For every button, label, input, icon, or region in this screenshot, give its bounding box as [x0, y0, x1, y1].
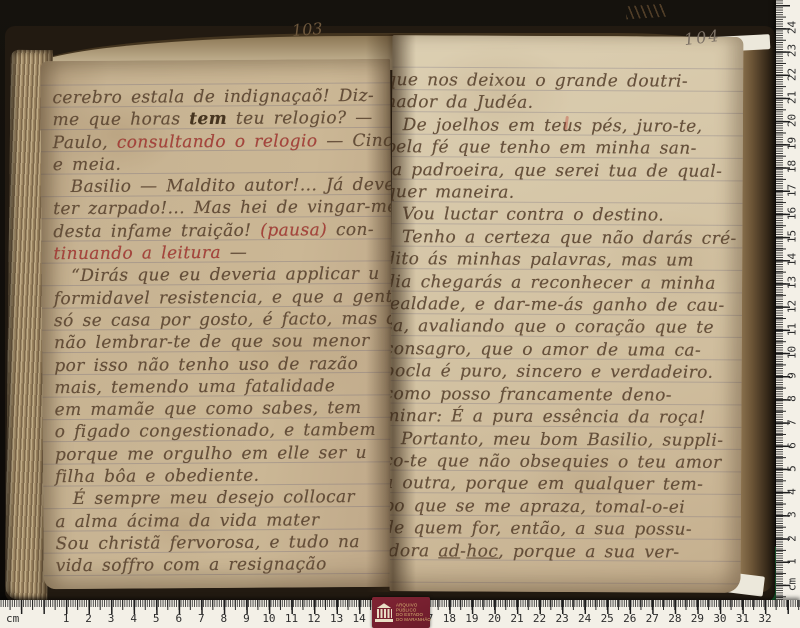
ruler-number: 14 — [786, 252, 799, 268]
manuscript-segment: tinuando a leitura — [53, 243, 221, 264]
manuscript-segment: ta padroeira, que serei tua de qual- — [390, 160, 723, 182]
ruler-number: 8 — [221, 612, 228, 625]
ruler-number: 9 — [243, 612, 250, 625]
ruler-number: 27 — [646, 612, 659, 625]
ruler-number: 4 — [130, 612, 137, 625]
ruler-number: 7 — [786, 414, 799, 430]
manuscript-line: consagro, que o amor de uma ca- — [390, 338, 744, 362]
manuscript-segment: Basilio — Maldito autor!... Já deve — [53, 175, 394, 197]
manuscript-line: co-te que não obsequies o teu amor — [390, 450, 744, 474]
manuscript-segment: me que horas — [53, 109, 190, 130]
manuscript-segment: — Cinco — [317, 130, 393, 151]
manuscript-segment: dito ás minhas palavras, mas um — [390, 249, 694, 271]
manuscript-segment: tem — [189, 109, 227, 129]
manuscript-segment: Portanto, meu bom Basilio, suppli- — [390, 429, 724, 451]
manuscript-segment: idora — [390, 541, 439, 561]
manuscript-segment: cerebro estala de indignaçaõ! Diz- — [52, 86, 374, 108]
manuscript-line: mais, temendo uma fatalidade — [54, 374, 393, 399]
manuscript-line: Sou christã fervorosa, e tudo na — [55, 531, 393, 556]
stamp-line: DO ESTADO — [396, 613, 431, 618]
manuscript-segment: formidavel resistencia, e que a gent — [54, 286, 393, 308]
manuscript-line: cerebro estala de indignaçaõ! Diz- — [52, 85, 393, 110]
ruler-number: 4 — [786, 484, 799, 500]
ruler-number: 20 — [786, 113, 799, 129]
ruler-number: 5 — [786, 461, 799, 477]
manuscript-segment: “Dirás que eu deveria applicar u — [54, 264, 380, 286]
manuscript-segment: teu relogio? — — [227, 108, 373, 129]
manuscript-line: Vou luctar contra o destino. — [390, 203, 744, 227]
ruler-number: 10 — [786, 345, 799, 361]
manuscript-segment: vida soffro com a resignação — [56, 554, 327, 576]
ruler-number: 9 — [786, 368, 799, 384]
ruler-number: 21 — [786, 89, 799, 105]
manuscript-segment: quer maneira. — [390, 182, 515, 203]
manuscript-segment: co-te que não obsequies o teu amor — [390, 451, 722, 473]
left-page: cerebro estala de indignaçaõ! Diz-me que… — [40, 59, 394, 589]
ruler-number: 8 — [786, 391, 799, 407]
left-page-number: 103 — [291, 19, 323, 40]
ruler-number: 19 — [465, 612, 478, 625]
manuscript-line: por isso não tenho uso de razão — [54, 352, 394, 377]
ruler-number: 22 — [786, 66, 799, 82]
manuscript-line: dia chegarás a reconhecer a minha — [390, 271, 744, 295]
manuscript-line: desta infame traição! (pausa) con- — [53, 218, 394, 243]
manuscript-line: não lembrar-te de que sou menor — [54, 330, 394, 355]
manuscript-segment: pela fé que tenho em minha san- — [390, 137, 697, 159]
manuscript-line: só se casa por gosto, é facto, mas d — [54, 308, 394, 333]
manuscript-line: Paulo, consultando o relogio — Cinco — [53, 129, 394, 154]
manuscript-segment: a alma ácima da vida mater — [55, 510, 319, 532]
ruler-number: 7 — [198, 612, 205, 625]
manuscript-line: sa, avaliando que o coração que te — [390, 316, 744, 340]
ruler-number: 11 — [786, 321, 799, 337]
left-page-text: cerebro estala de indignaçaõ! Diz-me que… — [52, 85, 393, 578]
manuscript-segment: o figado congestionado, e tambem — [55, 420, 376, 442]
ruler-number: 20 — [488, 612, 501, 625]
ruler-number: 6 — [786, 437, 799, 453]
manuscript-line: Basilio — Maldito autor!... Já deve — [53, 174, 394, 199]
manuscript-segment: consagro, que o amor de uma ca- — [390, 339, 702, 361]
manuscript-line: tinuando a leitura — — [53, 241, 393, 266]
stamp-line: ARQUIVO — [396, 603, 431, 608]
manuscript-line: filha bôa e obediente. — [55, 464, 394, 489]
manuscript-line: “Dirás que eu deveria applicar u — [54, 263, 394, 288]
manuscript-line: idora ad-hoc, porque a sua ver- — [390, 540, 744, 564]
page-edge-pen-marks — [626, 4, 667, 20]
manuscript-line: pela fé que tenho em minha san- — [390, 136, 744, 160]
manuscript-segment: sa, avaliando que o coração que te — [390, 317, 714, 339]
right-page: que nos deixou o grande doutri-nador da … — [390, 35, 744, 593]
manuscript-segment: Vou luctar contra o destino. — [390, 204, 665, 225]
ruler-number: 18 — [786, 159, 799, 175]
manuscript-line: lealdade, e dar-me-ás ganho de cau- — [390, 293, 744, 317]
manuscript-segment: de quem for, então, a sua possu- — [390, 518, 693, 540]
ruler-number: 2 — [786, 530, 799, 546]
ruler-number: 29 — [691, 612, 704, 625]
manuscript-photo-scene: cerebro estala de indignaçaõ! Diz-me que… — [0, 0, 800, 628]
manuscript-segment: po que se me apraza, tomal-o-ei — [390, 496, 686, 518]
manuscript-line: É sempre meu desejo collocar — [55, 486, 394, 511]
right-page-text: que nos deixou o grande doutri-nador da … — [390, 69, 744, 564]
manuscript-line: nador da Judéa. — [390, 91, 744, 115]
ruler-number: 25 — [601, 612, 614, 625]
ruler-number: 17 — [786, 182, 799, 198]
manuscript-line: ter zarpado!... Mas hei de vingar-me — [53, 196, 394, 221]
manuscript-segment: não lembrar-te de que sou menor — [54, 331, 370, 353]
manuscript-segment: Paulo, — [53, 132, 117, 152]
vertical-ruler: cm12345678910111213141516171819202122232… — [776, 0, 800, 600]
manuscript-line: em mamãe que como sabes, tem — [55, 397, 394, 422]
ruler-number: 3 — [786, 507, 799, 523]
manuscript-line: ta padroeira, que serei tua de qual- — [390, 159, 744, 183]
manuscript-line: de quem for, então, a sua possu- — [390, 517, 744, 541]
manuscript-line: vida soffro com a resignação — [56, 553, 394, 578]
ruler-number: 30 — [713, 612, 726, 625]
manuscript-segment: só se casa por gosto, é facto, mas d — [54, 309, 394, 331]
manuscript-segment: a outra, porque em qualquer tem- — [390, 473, 704, 495]
manuscript-segment: por isso não tenho uso de razão — [54, 354, 358, 376]
ruler-number: 14 — [353, 612, 366, 625]
manuscript-line: como posso francamente deno- — [390, 383, 744, 407]
manuscript-segment: hoc — [466, 541, 498, 561]
ruler-number: 24 — [786, 20, 799, 36]
manuscript-segment: Sou christã fervorosa, e tudo na — [55, 532, 359, 554]
ruler-number: 13 — [330, 612, 343, 625]
stamp-line: DO MARANHÃO — [396, 617, 431, 622]
manuscript-segment: Tenho a certeza que não darás cré- — [390, 227, 737, 249]
manuscript-line: po que se me apraza, tomal-o-ei — [390, 495, 744, 519]
manuscript-line: a outra, porque em qualquer tem- — [390, 472, 744, 496]
manuscript-segment: ad — [438, 541, 460, 561]
manuscript-segment: consultando o relogio — [117, 131, 318, 152]
manuscript-segment: — — [221, 243, 247, 263]
ruler-number: 22 — [533, 612, 546, 625]
manuscript-line: dito ás minhas palavras, mas um — [390, 248, 744, 272]
manuscript-line: a alma ácima da vida mater — [55, 508, 394, 533]
manuscript-line: quer maneira. — [390, 181, 744, 205]
manuscript-line: o figado congestionado, e tambem — [55, 419, 394, 444]
manuscript-line: Tenho a certeza que não darás cré- — [390, 226, 744, 250]
manuscript-segment: ter zarpado!... Mas hei de vingar-me — [53, 197, 394, 219]
ruler-number: 21 — [510, 612, 523, 625]
manuscript-segment: porque me orgulho em elle ser u — [55, 443, 367, 465]
manuscript-line: que nos deixou o grande doutri- — [390, 69, 744, 93]
ruler-number: 15 — [786, 229, 799, 245]
manuscript-segment: É sempre meu desejo collocar — [55, 487, 355, 509]
archive-stamp-text: ARQUIVO PÚBLICO DO ESTADO DO MARANHÃO — [396, 603, 431, 622]
manuscript-segment: dia chegarás a reconhecer a minha — [390, 272, 716, 294]
manuscript-line: Portanto, meu bom Basilio, suppli- — [390, 428, 744, 452]
manuscript-segment: como posso francamente deno- — [390, 384, 672, 406]
ruler-number: 12 — [786, 298, 799, 314]
manuscript-segment: filha bôa e obediente. — [55, 466, 260, 487]
manuscript-segment: e meia. — [53, 155, 122, 175]
manuscript-segment: bocla é puro, sincero e verdadeiro. — [390, 361, 714, 383]
ruler-number: 5 — [153, 612, 160, 625]
archive-stamp: ARQUIVO PÚBLICO DO ESTADO DO MARANHÃO — [372, 597, 430, 628]
ruler-number: cm — [786, 577, 799, 593]
manuscript-segment: De joelhos em teus pés, juro-te, — [390, 115, 703, 137]
ruler-number: 28 — [668, 612, 681, 625]
manuscript-line: e meia. — [53, 152, 394, 177]
stamp-line: PÚBLICO — [396, 608, 431, 613]
ruler-number: 1 — [786, 553, 799, 569]
manuscript-line: me que horas tem teu relogio? — — [52, 107, 393, 132]
ruler-number: 12 — [307, 612, 320, 625]
ruler-number: 1 — [63, 612, 70, 625]
ruler-number: 23 — [555, 612, 568, 625]
manuscript-segment: , porque a sua ver- — [498, 541, 679, 562]
ruler-number: 6 — [175, 612, 182, 625]
manuscript-segment: con- — [327, 220, 374, 240]
archive-building-icon — [375, 603, 393, 622]
manuscript-segment: nador da Judéa. — [390, 92, 534, 113]
manuscript-segment: lealdade, e dar-me-ás ganho de cau- — [390, 294, 725, 316]
ruler-number: 31 — [736, 612, 749, 625]
ruler-number: 24 — [578, 612, 591, 625]
ruler-number: 10 — [262, 612, 275, 625]
ruler-number: 18 — [443, 612, 456, 625]
manuscript-line: porque me orgulho em elle ser u — [55, 441, 394, 466]
ruler-number: 16 — [786, 205, 799, 221]
manuscript-segment: minar: É a pura essência da roça! — [390, 406, 706, 428]
ruler-number: 2 — [85, 612, 92, 625]
ruler-number: 19 — [786, 136, 799, 152]
manuscript-segment: em mamãe que como sabes, tem — [55, 398, 362, 420]
manuscript-line: bocla é puro, sincero e verdadeiro. — [390, 360, 744, 384]
ruler-number: 32 — [758, 612, 771, 625]
ruler-number: 13 — [786, 275, 799, 291]
manuscript-line: formidavel resistencia, e que a gent — [54, 285, 394, 310]
ruler-unit-label: cm — [6, 612, 19, 625]
manuscript-segment: (pausa) — [260, 220, 327, 240]
ruler-number: 11 — [285, 612, 298, 625]
ruler-number: 23 — [786, 43, 799, 59]
ruler-number: 26 — [623, 612, 636, 625]
ruler-number: 3 — [108, 612, 115, 625]
manuscript-line: minar: É a pura essência da roça! — [390, 405, 744, 429]
manuscript-segment: mais, temendo uma fatalidade — [54, 376, 335, 398]
manuscript-segment: desta infame traição! — [53, 220, 260, 241]
manuscript-segment: que nos deixou o grande doutri- — [390, 70, 689, 92]
